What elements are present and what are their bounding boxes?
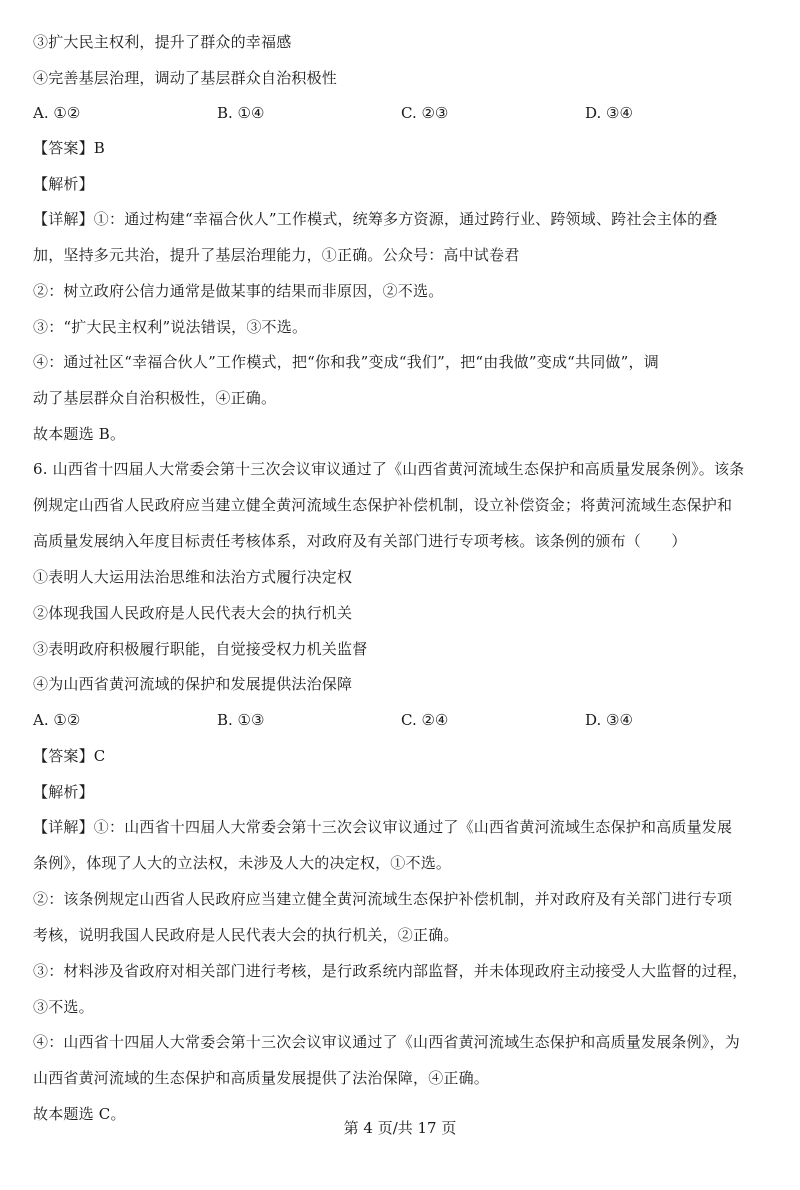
q6-option-d: D. ③④ xyxy=(585,710,633,730)
q6-statement-2: ②体现我国人民政府是人民代表大会的执行机关 xyxy=(33,603,352,623)
q6-detail-line: 【详解】①：山西省十四届人大常委会第十三次会议审议通过了《山西省黄河流域生态保护… xyxy=(33,817,732,837)
q6-detail-line: 山西省黄河流域的生态保护和高质量发展提供了法治保障，④正确。 xyxy=(33,1068,489,1088)
q5-detail-line: ④：通过社区“幸福合伙人”工作模式，把“你和我”变成“我们”，把“由我做”变成“… xyxy=(33,352,659,372)
q5-detail-line: 动了基层群众自治积极性，④正确。 xyxy=(33,388,276,408)
q5-answer: 【答案】B xyxy=(33,138,105,158)
q5-option-b: B. ①④ xyxy=(217,103,264,123)
q6-option-c: C. ②④ xyxy=(401,710,448,730)
q6-detail-line: 条例》，体现了人大的立法权，未涉及人大的决定权，①不选。 xyxy=(33,853,451,873)
q5-statement-4: ④完善基层治理，调动了基层群众自治积极性 xyxy=(33,68,337,88)
q6-detail-line: ④：山西省十四届人大常委会第十三次会议审议通过了《山西省黄河流域生态保护和高质量… xyxy=(33,1032,740,1052)
q6-option-b: B. ①③ xyxy=(217,710,264,730)
q6-detail-line: ②：该条例规定山西省人民政府应当建立健全黄河流域生态保护补偿机制，并对政府及有关… xyxy=(33,889,732,909)
q5-detail-line: ②：树立政府公信力通常是做某事的结果而非原因，②不选。 xyxy=(33,281,443,301)
q5-statement-3: ③扩大民主权利，提升了群众的幸福感 xyxy=(33,32,291,52)
q6-detail-line: ③：材料涉及省政府对相关部门进行考核，是行政系统内部监督，并未体现政府主动接受人… xyxy=(33,961,747,981)
q6-analysis-label: 【解析】 xyxy=(33,782,94,802)
q6-statement-3: ③表明政府积极履行职能，自觉接受权力机关监督 xyxy=(33,639,367,659)
q6-detail-line: ③不选。 xyxy=(33,997,94,1017)
q6-detail-line: 考核，说明我国人民政府是人民代表大会的执行机关，②正确。 xyxy=(33,925,459,945)
q5-analysis-label: 【解析】 xyxy=(33,174,94,194)
q6-options: A. ①② B. ①③ C. ②④ D. ③④ xyxy=(33,710,773,730)
q6-statement-4: ④为山西省黄河流域的保护和发展提供法治保障 xyxy=(33,674,352,694)
q5-options: A. ①② B. ①④ C. ②③ D. ③④ xyxy=(33,103,773,123)
q5-detail-line: ③：“扩大民主权利”说法错误，③不选。 xyxy=(33,317,307,337)
q5-conclusion: 故本题选 B。 xyxy=(33,424,125,444)
q5-option-a: A. ①② xyxy=(33,103,80,123)
q6-stem-line: 高质量发展纳入年度目标责任考核体系，对政府及有关部门进行专项考核。该条例的颁布（… xyxy=(33,531,687,551)
q6-stem-line: 例规定山西省人民政府应当建立健全黄河流域生态保护补偿机制，设立补偿资金；将黄河流… xyxy=(33,495,732,515)
q5-option-c: C. ②③ xyxy=(401,103,448,123)
q6-option-a: A. ①② xyxy=(33,710,80,730)
q6-statement-1: ①表明人大运用法治思维和法治方式履行决定权 xyxy=(33,567,352,587)
q6-answer: 【答案】C xyxy=(33,746,105,766)
q6-stem-line: 6. 山西省十四届人大常委会第十三次会议审议通过了《山西省黄河流域生态保护和高质… xyxy=(33,459,744,479)
page-indicator: 第 4 页/共 17 页 xyxy=(0,1118,800,1138)
q5-detail-line: 加，坚持多元共治，提升了基层治理能力，①正确。公众号：高中试卷君 xyxy=(33,245,519,265)
q5-detail-line: 【详解】①：通过构建“幸福合伙人”工作模式，统筹多方资源，通过跨行业、跨领域、跨… xyxy=(33,209,718,229)
q5-option-d: D. ③④ xyxy=(585,103,633,123)
